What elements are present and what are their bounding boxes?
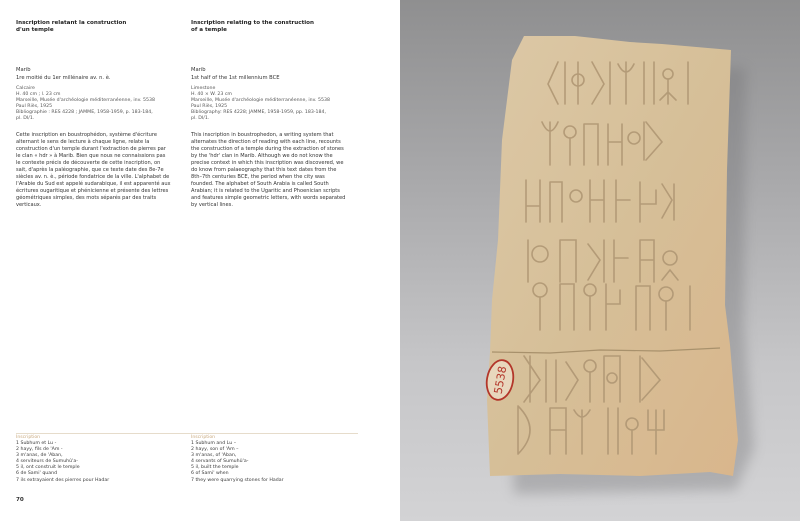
french-date: 1re moitié du 1er millénaire av. n. è. <box>16 75 176 82</box>
english-title: Inscription relating to the construction… <box>191 20 351 34</box>
french-title: Inscription relatant la construction d'u… <box>16 20 176 34</box>
french-title-line: Inscription relatant la construction <box>16 20 176 27</box>
english-bibliography-cont: pl. DI/1. <box>191 116 351 122</box>
english-column: Inscription relating to the construction… <box>191 20 351 209</box>
inscription-line: 7 ils extrayaient des pierres pour Hadar <box>16 478 176 484</box>
french-bibliography: Bibliographie : RES 4228 ; JAMME, 1958-1… <box>16 110 176 116</box>
english-metadata: Limestone H. 40 × W. 23 cm Marseille, Mu… <box>191 86 351 122</box>
english-title-line: Inscription relating to the construction <box>191 20 351 27</box>
english-place: Marib <box>191 67 351 74</box>
english-inscription-block: Inscription 1 Subhum and Lu – 2 hayy, so… <box>191 435 351 484</box>
inscription-line: 7 they were quarrying stones for Hadar <box>191 478 351 484</box>
french-metadata: Calcaire H. 40 cm ; l. 23 cm Marseille, … <box>16 86 176 122</box>
english-title-line: of a temple <box>191 27 351 34</box>
english-location: Marseille, Musée d'archéologie méditerra… <box>191 98 351 104</box>
french-body-text: Cette inscription en boustrophédon, syst… <box>16 132 171 210</box>
english-date: 1st half of the 1st millennium BCE <box>191 75 351 82</box>
page-number: 70 <box>16 497 24 503</box>
french-title-line: d'un temple <box>16 27 176 34</box>
section-divider <box>16 433 358 434</box>
french-bibliography-cont: pl. DI/1. <box>16 116 176 122</box>
left-page: Inscription relatant la construction d'u… <box>0 0 400 521</box>
french-inscription-block: Inscription 1 Subhum et Lu - 2 hayy, fil… <box>16 435 176 484</box>
french-location: Marseille, Musée d'archéologie méditerra… <box>16 98 176 104</box>
stone-body <box>487 36 738 476</box>
french-column: Inscription relatant la construction d'u… <box>16 20 176 209</box>
english-body-text: This inscription in boustrophedon, a wri… <box>191 132 346 210</box>
french-place: Marib <box>16 67 176 74</box>
stela-photo: 5538 <box>400 0 800 521</box>
photo-page: 5538 <box>400 0 800 521</box>
